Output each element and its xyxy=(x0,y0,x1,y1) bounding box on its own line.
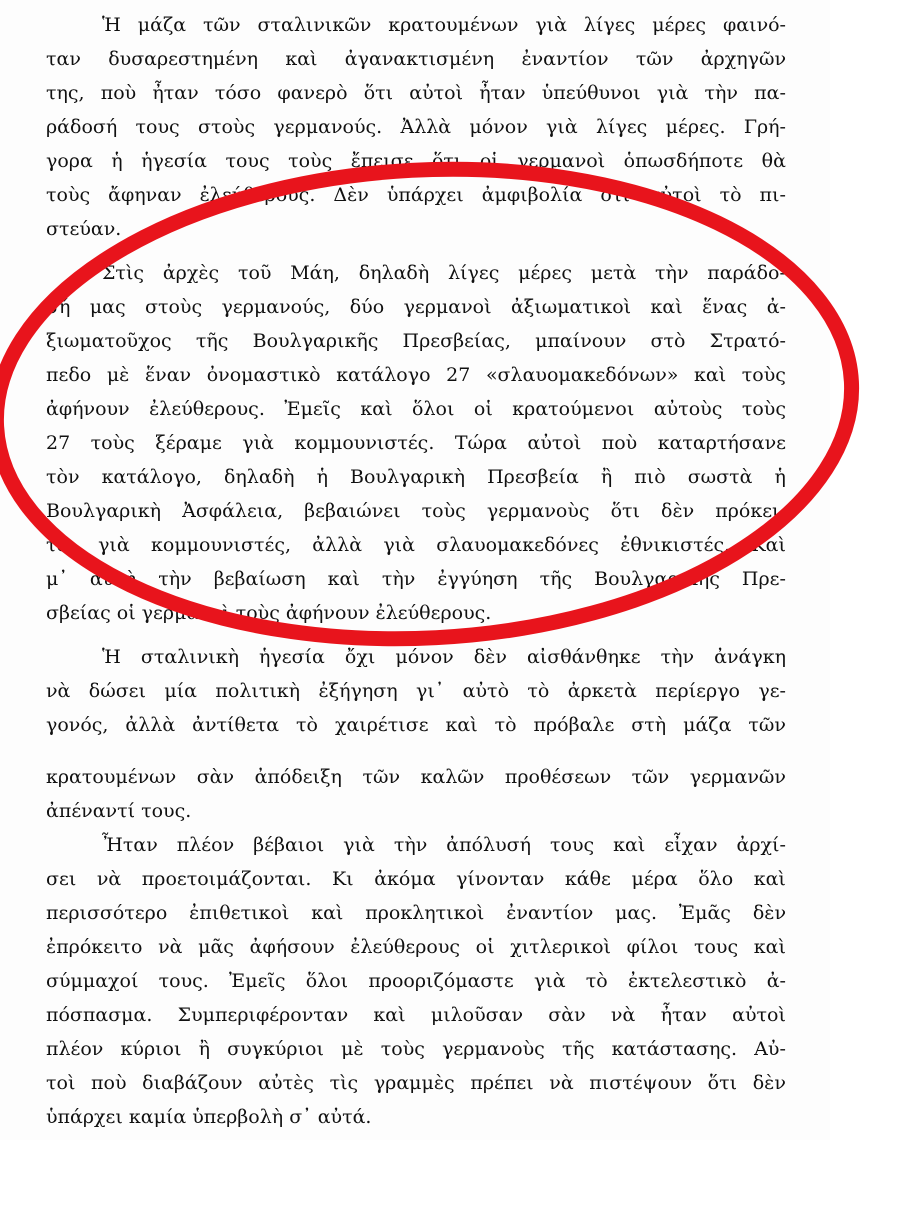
word: ἐγγύηση xyxy=(437,562,517,596)
word: γερμανούς, xyxy=(222,290,331,324)
word: πρέπει xyxy=(470,1066,533,1100)
word: δηλαδὴ xyxy=(224,460,295,494)
text-line: σήμαςστοὺςγερμανούς,δύογερμανοὶἀξιωματικ… xyxy=(46,290,786,324)
word: μάζα xyxy=(138,8,186,42)
word: μὲ xyxy=(107,358,130,392)
text-line: πλέονκύριοιἢσυγκύριοιμὲτοὺςγερμανοὺςτῆςκ… xyxy=(46,1032,786,1066)
word: ὅτι xyxy=(708,1066,737,1100)
word: θὰ xyxy=(762,144,786,178)
word: τοὺς xyxy=(742,358,786,392)
word: πα- xyxy=(754,76,786,110)
word: ὑπάρχει xyxy=(387,178,464,212)
word: τὴν xyxy=(705,76,738,110)
word: τὸ xyxy=(586,964,608,998)
word: πιστέψουν xyxy=(589,1066,692,1100)
word: στὸ xyxy=(651,324,686,358)
word: τῶν xyxy=(632,760,670,794)
word: μέρες xyxy=(518,256,572,290)
word: καὶ xyxy=(328,562,360,596)
word: τῶν xyxy=(203,8,241,42)
text-line: τανδυσαρεστημένηκαὶἀγανακτισμένηἐναντίον… xyxy=(46,42,786,76)
word: μὲ xyxy=(341,1032,364,1066)
word: γιὰ xyxy=(343,828,375,862)
word: ἀφήνουν xyxy=(46,392,130,426)
word: τῶν xyxy=(636,42,674,76)
word: τὶς xyxy=(330,1066,359,1100)
word: πρόκει- xyxy=(715,494,786,528)
word: μόνον xyxy=(469,110,527,144)
word: Στὶς xyxy=(102,256,144,290)
word: ὄχι xyxy=(345,640,375,674)
word: καὶ xyxy=(285,42,317,76)
word: μάζα xyxy=(683,708,731,742)
word: ὀνομαστικὸ xyxy=(207,358,321,392)
word: ξιωματοῦχος xyxy=(46,324,172,358)
word: αὐτοὶ xyxy=(732,998,786,1032)
word: γιὰ xyxy=(534,964,566,998)
word: τους xyxy=(136,110,180,144)
word: τῶν xyxy=(362,760,400,794)
word: Δὲν xyxy=(333,178,368,212)
word: Πρε- xyxy=(742,562,786,596)
text-line: νὰδώσειμίαπολιτικὴἐξήγησηγι᾽αὐτὸτὸἀρκετὰ… xyxy=(46,674,786,708)
word: ται xyxy=(46,528,77,562)
word: γερμανοὶ xyxy=(404,290,492,324)
word: γιὰ xyxy=(657,76,689,110)
word: καταρτήσανε xyxy=(658,426,786,460)
word: τὸ xyxy=(495,708,517,742)
word: δὲν xyxy=(753,1066,786,1100)
word: δώσει xyxy=(89,674,146,708)
word: πιὸ xyxy=(634,460,665,494)
word: σωστὰ xyxy=(688,460,753,494)
word: τους. xyxy=(159,964,209,998)
word: γονός, xyxy=(46,708,108,742)
word: καὶ xyxy=(613,828,645,862)
paragraph-1: Ἡμάζατῶνσταλινικῶνκρατουμένωνγιὰλίγεςμέρ… xyxy=(46,8,786,246)
word: αἰσθάνθηκε xyxy=(527,640,641,674)
word: φανερὸ xyxy=(277,76,347,110)
word: τους xyxy=(225,144,269,178)
text-line: της,ποὺἦταντόσοφανερὸὅτιαὐτοὶἦτανὑπεύθυν… xyxy=(46,76,786,110)
word: ἐκτελεστικὸ xyxy=(628,964,747,998)
paragraph-2-highlighted: ΣτὶςἀρχὲςτοῦΜάη,δηλαδὴλίγεςμέρεςμετὰτὴνπ… xyxy=(46,256,786,630)
word: γερμανοὺς xyxy=(442,1032,545,1066)
word: Ἐμεῖς xyxy=(229,964,286,998)
word: καὶ xyxy=(446,708,478,742)
word: σή xyxy=(46,290,70,324)
word: ἀγανακτισμένη xyxy=(345,42,494,76)
word: δύο xyxy=(350,290,384,324)
word: προετοιμάζονται. xyxy=(142,862,312,896)
word: ποὺ xyxy=(91,1066,126,1100)
word: Βουλγαρικὴ xyxy=(46,494,161,528)
word: ἡγεσία xyxy=(141,144,207,178)
word: κομμουνιστές. xyxy=(294,426,434,460)
word: πολιτικὴ xyxy=(215,674,300,708)
word: μέρες. xyxy=(666,110,726,144)
word: ράδοσή xyxy=(46,110,117,144)
word: πεδο xyxy=(46,358,91,392)
word: βέβαιοι xyxy=(253,828,324,862)
word: στὴ xyxy=(631,708,666,742)
word: μόνον xyxy=(395,640,453,674)
word: προθέσεων xyxy=(505,760,611,794)
word: ταν xyxy=(46,42,81,76)
word: καὶ xyxy=(311,896,343,930)
text-line: ΣτὶςἀρχὲςτοῦΜάη,δηλαδὴλίγεςμέρεςμετὰτὴνπ… xyxy=(46,256,786,290)
word: ἀμφιβολία xyxy=(482,178,583,212)
word: ἐπιθετικοὶ xyxy=(189,896,289,930)
word: πόσπασμα. xyxy=(46,998,152,1032)
word: οἱ xyxy=(476,930,495,964)
word: τοὺς xyxy=(422,494,466,528)
word: τοὶ xyxy=(46,1066,75,1100)
word: ἀ- xyxy=(767,290,786,324)
word: Μάη, xyxy=(290,256,340,290)
word: γερμανοὶ xyxy=(517,144,605,178)
word: ἀρχί- xyxy=(737,828,786,862)
word: ὅτι xyxy=(364,76,393,110)
word: ἐξήγηση xyxy=(318,674,397,708)
word: ἀντίθετα xyxy=(192,708,279,742)
word: ἡγεσία xyxy=(259,640,325,674)
word: ἀρχηγῶν xyxy=(701,42,786,76)
word: «σλαυομακεδόνων» xyxy=(486,358,678,392)
word: μέρες xyxy=(652,8,706,42)
word: σταλινικὴ xyxy=(141,640,239,674)
text-line: πεδομὲἕνανὀνομαστικὸκατάλογο27«σλαυομακε… xyxy=(46,358,786,392)
word: νὰ xyxy=(46,674,70,708)
word: 27 xyxy=(446,358,470,392)
word: νὰ xyxy=(611,998,635,1032)
word: κατάστασης. xyxy=(612,1032,737,1066)
word: ὑπεύθυνοι xyxy=(542,76,641,110)
word: τῆς xyxy=(196,324,229,358)
word: στοὺς xyxy=(198,110,255,144)
word: ἀπόλυσή xyxy=(446,828,531,862)
word: κομμουνιστές, xyxy=(151,528,291,562)
word: ἐλεύθερους. xyxy=(200,178,316,212)
text-line: ἀπέναντί τους. xyxy=(46,794,786,828)
word: δὲν xyxy=(753,896,786,930)
word: καὶ xyxy=(373,998,405,1032)
word: βεβαίωση xyxy=(214,562,306,596)
word: ἀπόδειξη xyxy=(255,760,342,794)
text-line: ράδοσήτουςστοὺςγερμανούς.Ἀλλὰμόνονγιὰλίγ… xyxy=(46,110,786,144)
word: παράδο- xyxy=(707,256,786,290)
word: τὴν xyxy=(661,640,694,674)
word: τὴν xyxy=(382,562,415,596)
word: στοὺς xyxy=(145,290,202,324)
word: φίλοι xyxy=(627,930,679,964)
word: τοὺς xyxy=(46,178,90,212)
word: κατάλογο xyxy=(336,358,430,392)
word: ἐλεύθερους. xyxy=(149,392,265,426)
word: γερμανοὺς xyxy=(487,494,590,528)
word: δυσαρεστημένη xyxy=(108,42,258,76)
word: αὐτοὶ xyxy=(409,76,463,110)
word: Βουλγαρικῆς xyxy=(594,562,720,596)
word: γερμανούς. xyxy=(273,110,382,144)
word: ἕναν xyxy=(145,358,191,392)
word: ὅλοι xyxy=(412,392,454,426)
word: ὅτι xyxy=(600,178,629,212)
word: μ᾽ xyxy=(46,562,68,596)
word: ἐθνικιστές. xyxy=(620,528,730,562)
word: ἢ xyxy=(601,460,612,494)
word: αὐτὲς xyxy=(258,1066,314,1100)
word: κύριοι xyxy=(121,1032,182,1066)
word: Αὐ- xyxy=(754,1032,786,1066)
word: Ἀλλὰ xyxy=(400,110,451,144)
word: ἐλεύθερους xyxy=(350,930,460,964)
word: ἐναντίον xyxy=(506,896,593,930)
word: ἐπρόκειτο xyxy=(46,930,142,964)
word: δὲν xyxy=(661,494,694,528)
word: τὴν xyxy=(158,562,191,596)
word: γίνονταν xyxy=(456,862,544,896)
word: τῆς xyxy=(562,1032,595,1066)
word: γιὰ xyxy=(242,426,274,460)
text-line: σύμμαχοίτους.Ἐμεῖςὅλοιπροοριζόμαστεγιὰτὸ… xyxy=(46,964,786,998)
word: Συμπεριφέρονταν xyxy=(178,998,348,1032)
word: Κι xyxy=(332,862,354,896)
word: μέρα xyxy=(631,862,677,896)
word: τους xyxy=(694,930,738,964)
word: σλαυομακεδόνες xyxy=(436,528,599,562)
word: τὸ xyxy=(720,178,742,212)
word: μετὰ xyxy=(591,256,637,290)
word: τοὺς xyxy=(288,144,332,178)
word: ὁπωσδήποτε xyxy=(624,144,744,178)
word: αὐτοὺς xyxy=(654,392,723,426)
word: ὅτι xyxy=(611,494,640,528)
word: εἶχαν xyxy=(664,828,717,862)
word: προοριζόμαστε xyxy=(368,964,513,998)
word: λίγες xyxy=(584,8,635,42)
word: τους xyxy=(550,828,594,862)
word: ἄφηναν xyxy=(108,178,181,212)
word: πλέον xyxy=(177,828,234,862)
word: σταλινικῶν xyxy=(258,8,372,42)
word: περισσότερο xyxy=(46,896,167,930)
text-line: ΒουλγαρικὴἈσφάλεια,βεβαιώνειτοὺςγερμανοὺ… xyxy=(46,494,786,528)
text-line: ἐπρόκειτονὰμᾶςἀφήσουνἐλεύθερουςοἱχιτλερι… xyxy=(46,930,786,964)
word: Ἀσφάλεια, xyxy=(182,494,283,528)
word: τὸν xyxy=(46,460,80,494)
paragraph-3: Ἡσταλινικὴἡγεσίαὄχιμόνονδὲναἰσθάνθηκετὴν… xyxy=(46,640,786,828)
word: πλέον xyxy=(46,1032,103,1066)
word: Ἡ xyxy=(102,640,121,674)
word: χιτλερικοὶ xyxy=(510,930,611,964)
word: γε- xyxy=(758,674,786,708)
word: ἐναντίον xyxy=(521,42,608,76)
text-line: Ἦτανπλέονβέβαιοιγιὰτὴνἀπόλυσήτουςκαὶεἶχα… xyxy=(46,828,786,862)
word: μας xyxy=(90,290,126,324)
word: μας. xyxy=(615,896,657,930)
word: λίγες xyxy=(596,110,647,144)
word: Ἦταν xyxy=(102,828,158,862)
word: νὰ xyxy=(549,1066,573,1100)
word: ξέραμε xyxy=(155,426,222,460)
text-line: τὸνκατάλογο,δηλαδὴἡΒουλγαρικὴΠρεσβείαἢπι… xyxy=(46,460,786,494)
word: αὐτὴ xyxy=(90,562,136,596)
word: Πρεσβεία xyxy=(487,460,579,494)
word: ἀλλὰ xyxy=(125,708,175,742)
word: Ἐμεῖς xyxy=(284,392,341,426)
word: σύμμαχοί xyxy=(46,964,138,998)
text-line: 27τοὺςξέραμεγιὰκομμουνιστές.Τώρααὐτοὶποὺ… xyxy=(46,426,786,460)
word: Βουλγαρικὴ xyxy=(350,460,465,494)
word: τοὺς xyxy=(742,392,786,426)
word: αὐτοὶ xyxy=(527,426,581,460)
word: αὐτοὶ xyxy=(648,178,702,212)
text-line: ξιωματοῦχοςτῆςΒουλγαρικῆςΠρεσβείας,μπαίν… xyxy=(46,324,786,358)
word: αὐτὸ xyxy=(463,674,509,708)
word: τὸ xyxy=(527,674,549,708)
word: οἱ xyxy=(480,144,499,178)
word: ἀρκετὰ xyxy=(568,674,637,708)
word: ἀλλὰ xyxy=(312,528,362,562)
word: χαιρέτισε xyxy=(335,708,429,742)
text-line: ταιγιὰκομμουνιστές,ἀλλὰγιὰσλαυομακεδόνες… xyxy=(46,528,786,562)
word: τόσο xyxy=(215,76,261,110)
word: καὶ xyxy=(360,392,392,426)
text-line: στεύαν. xyxy=(46,212,786,246)
word: μία xyxy=(164,674,197,708)
word: νὰ xyxy=(158,930,182,964)
word: Τώρα xyxy=(455,426,507,460)
word: ἀφήσουν xyxy=(250,930,335,964)
word: κάθε xyxy=(565,862,611,896)
word: Καὶ xyxy=(751,528,785,562)
word: Βουλγαρικῆς xyxy=(253,324,379,358)
text-line: τοὺςἄφηνανἐλεύθερους.Δὲνὑπάρχειἀμφιβολία… xyxy=(46,178,786,212)
word: προκλητικοὶ xyxy=(365,896,484,930)
document-body: Ἡμάζατῶνσταλινικῶνκρατουμένωνγιὰλίγεςμέρ… xyxy=(46,8,786,1134)
word: μιλοῦσαν xyxy=(431,998,523,1032)
word: ἢ xyxy=(199,1032,210,1066)
text-line: Ἡμάζατῶνσταλινικῶνκρατουμένωνγιὰλίγεςμέρ… xyxy=(46,8,786,42)
word: ἦταν xyxy=(661,998,707,1032)
word: τὴν xyxy=(394,828,427,862)
word: Ἡ xyxy=(102,8,121,42)
word: ἀνάγκη xyxy=(714,640,786,674)
word: δὲν xyxy=(474,640,507,674)
word: ἀ- xyxy=(767,964,786,998)
word: φαινό- xyxy=(723,8,786,42)
word: ὅτι xyxy=(432,144,461,178)
word: συγκύριοι xyxy=(227,1032,324,1066)
word: Γρή- xyxy=(744,110,786,144)
word: τῶν xyxy=(748,708,786,742)
word: γορα xyxy=(46,144,93,178)
word: σει xyxy=(46,862,76,896)
word: ποὺ xyxy=(602,426,637,460)
word: 27 xyxy=(46,426,70,460)
word: ἀρχὲς xyxy=(163,256,219,290)
word: σὰν xyxy=(197,760,234,794)
word: τοῦ xyxy=(238,256,272,290)
word: πι- xyxy=(760,178,786,212)
word: μᾶς xyxy=(198,930,234,964)
word: δηλαδὴ xyxy=(359,256,430,290)
word: ἀξιωματικοὶ xyxy=(511,290,631,324)
word: νὰ xyxy=(97,862,121,896)
word: διαβάζουν xyxy=(142,1066,242,1100)
word: κρατουμένων xyxy=(46,760,176,794)
word: ἡ xyxy=(111,144,122,178)
word: τὸ xyxy=(296,708,318,742)
word: κρατουμένων xyxy=(388,8,518,42)
word: ἡ xyxy=(775,460,786,494)
text-line: πόσπασμα.Συμπεριφέροντανκαὶμιλοῦσανσὰννὰ… xyxy=(46,998,786,1032)
word: τοὺς xyxy=(381,1032,425,1066)
word: καλῶν xyxy=(421,760,485,794)
text-line: τοὶποὺδιαβάζουναὐτὲςτὶςγραμμὲςπρέπεινὰπι… xyxy=(46,1066,786,1100)
word: οἱ xyxy=(474,392,493,426)
word: καὶ xyxy=(651,290,683,324)
word: μπαίνουν xyxy=(535,324,626,358)
word: λίγες xyxy=(448,256,499,290)
word: καὶ xyxy=(754,862,786,896)
paragraph-4: Ἦτανπλέονβέβαιοιγιὰτὴνἀπόλυσήτουςκαὶεἶχα… xyxy=(46,828,786,1134)
word: ἀκόμα xyxy=(374,862,435,896)
word: γι᾽ xyxy=(416,674,444,708)
text-line: περισσότεροἐπιθετικοὶκαὶπροκλητικοὶἐναντ… xyxy=(46,896,786,930)
word: γερμανῶν xyxy=(690,760,786,794)
word: τοὺς xyxy=(91,426,135,460)
word: κατάλογο, xyxy=(102,460,202,494)
word: γιὰ xyxy=(546,110,578,144)
word: ὅλοι xyxy=(306,964,348,998)
word: γιὰ xyxy=(383,528,415,562)
word: βεβαιώνει xyxy=(304,494,400,528)
text-line: Ἡσταλινικὴἡγεσίαὄχιμόνονδὲναἰσθάνθηκετὴν… xyxy=(46,640,786,674)
word: ἕνας xyxy=(702,290,747,324)
word: ποὺ xyxy=(101,76,136,110)
text-line: ἀφήνουνἐλεύθερους.Ἐμεῖςκαὶὅλοιοἱκρατούμε… xyxy=(46,392,786,426)
word: Πρεσβείας, xyxy=(403,324,511,358)
text-line: μ᾽αὐτὴτὴνβεβαίωσηκαὶτὴνἐγγύησητῆςΒουλγαρ… xyxy=(46,562,786,596)
text-line: ὑπάρχει καμία ὑπερβολὴ σ᾽ αὐτά. xyxy=(46,1100,786,1134)
word: περίεργο xyxy=(655,674,740,708)
word: καὶ xyxy=(754,930,786,964)
word: πρόβαλε xyxy=(534,708,615,742)
word: γιὰ xyxy=(98,528,130,562)
word: σὰν xyxy=(548,998,585,1032)
word: της, xyxy=(46,76,85,110)
word: γιὰ xyxy=(535,8,567,42)
text-line: γοραἡἡγεσίατουςτοὺςἔπεισεὅτιοἱγερμανοὶὁπ… xyxy=(46,144,786,178)
word: ἦταν xyxy=(152,76,198,110)
scanned-page: Ἡμάζατῶνσταλινικῶνκρατουμένωνγιὰλίγεςμέρ… xyxy=(0,0,830,1140)
text-line: σβείας οἱ γερμανοὶ τοὺς ἀφήνουν ἐλεύθερο… xyxy=(46,596,786,630)
word: κρατούμενοι xyxy=(512,392,634,426)
text-line: κρατουμένωνσὰνἀπόδειξητῶνκαλῶνπροθέσεωντ… xyxy=(46,760,786,794)
text-line: σεινὰπροετοιμάζονται.Κιἀκόμαγίνοντανκάθε… xyxy=(46,862,786,896)
word: τῆς xyxy=(540,562,573,596)
word: ἡ xyxy=(317,460,328,494)
word: γραμμὲς xyxy=(374,1066,455,1100)
word: τὴν xyxy=(655,256,688,290)
word: ὅλο xyxy=(698,862,733,896)
word: ἦταν xyxy=(479,76,525,110)
word: Ἐμᾶς xyxy=(679,896,731,930)
text-line: γονός,ἀλλὰἀντίθετατὸχαιρέτισεκαὶτὸπρόβαλ… xyxy=(46,708,786,742)
word: ἔπεισε xyxy=(351,144,414,178)
